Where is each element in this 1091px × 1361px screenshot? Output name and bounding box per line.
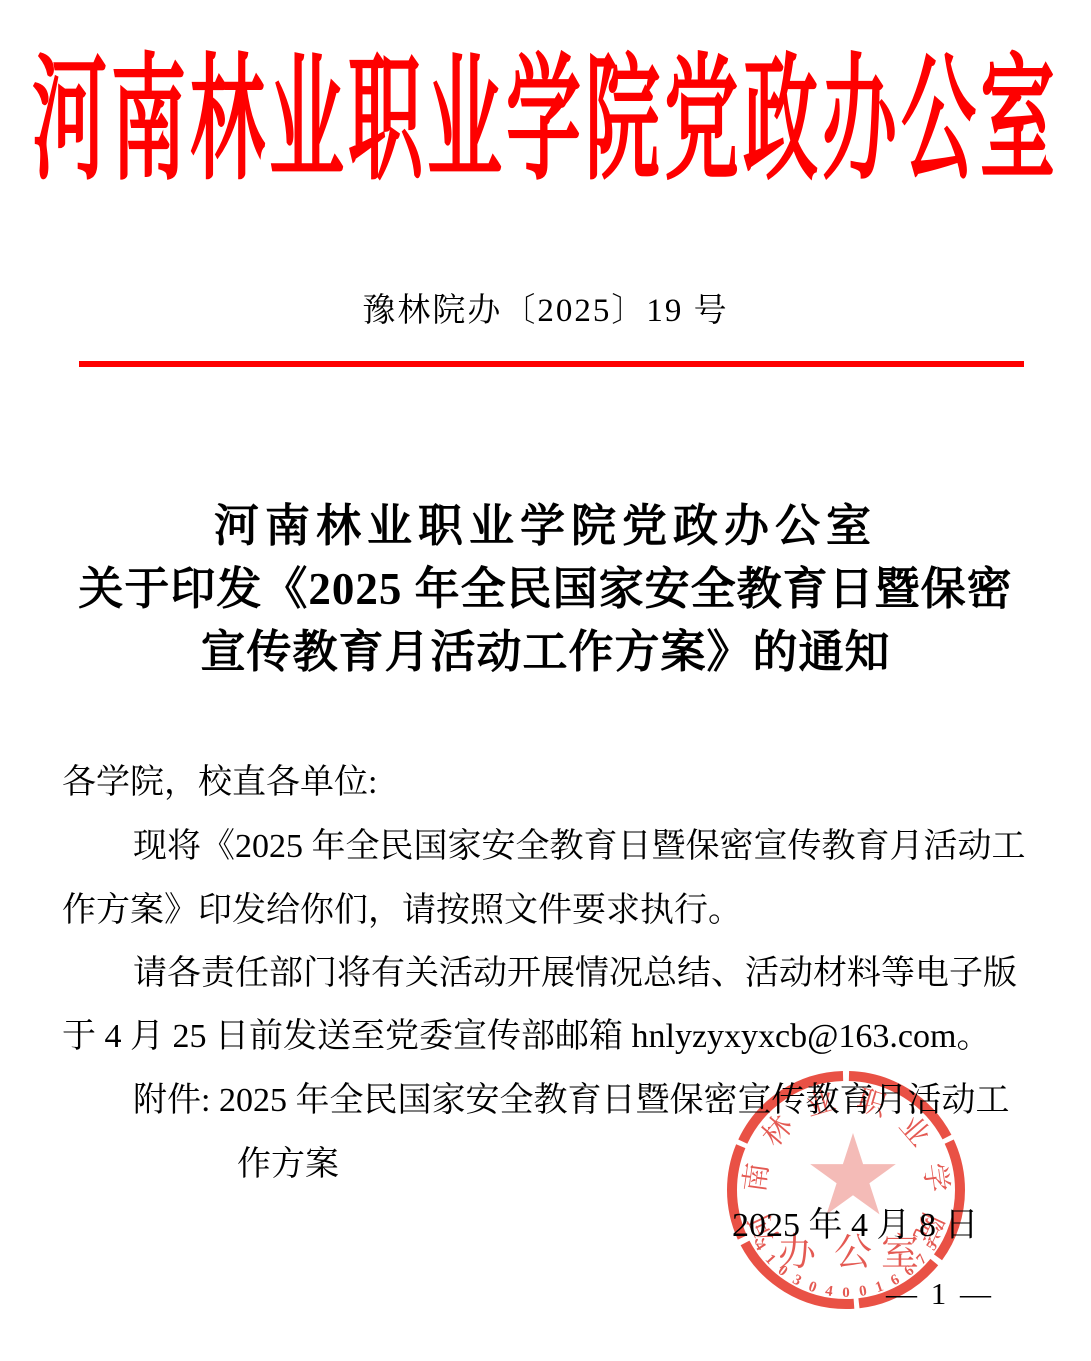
attachment-line-1: 附件: 2025 年全民国家安全教育日暨保密宣传教育月活动工	[133, 1081, 1009, 1122]
paragraph-2-line-2: 于 4 月 25 日前发送至党委宣传部邮箱 hnlyzyxyxcb@163.co…	[62, 1017, 990, 1058]
paragraph-1-line-2: 作方案》印发给你们，请按照文件要求执行。	[62, 891, 742, 932]
seal-serial-digit: 1	[873, 1279, 885, 1297]
seal-arc-char: 学	[917, 1161, 954, 1194]
seal-arc-char: 南	[738, 1161, 775, 1194]
star-icon	[810, 1133, 896, 1214]
seal-serial-digit: 1	[762, 1251, 779, 1267]
red-divider-line	[79, 361, 1024, 367]
document-title: 河南林业职业学院党政办公室 关于印发《2025 年全民国家安全教育日暨保密 宣传…	[0, 495, 1091, 684]
seal-serial-digit: 4	[824, 1283, 835, 1300]
issue-date: 2025 年 4 月 8 日	[732, 1206, 979, 1247]
seal-serial-digit: 0	[775, 1263, 791, 1280]
paragraph-1-line-1: 现将《2025 年全民国家安全教育日暨保密宣传教育月活动工	[133, 827, 1026, 868]
title-line-1: 河南林业职业学院党政办公室	[0, 495, 1091, 558]
document-number: 豫林院办〔2025〕19 号	[0, 284, 1091, 331]
letterhead-org-title: 河南林业职业学院党政办公室	[0, 12, 1091, 207]
paragraph-2-line-1: 请各责任部门将有关活动开展情况总结、活动材料等电子版	[133, 954, 1017, 995]
seal-serial-digit: 0	[842, 1285, 850, 1301]
title-line-3: 宣传教育月活动工作方案》的通知	[0, 621, 1091, 684]
seal-serial-digit: 7	[913, 1251, 930, 1268]
seal-serial-digit: 0	[806, 1279, 818, 1297]
seal-serial-digit: 0	[858, 1283, 868, 1300]
attachment-line-2: 作方案	[237, 1145, 339, 1186]
title-line-2: 关于印发《2025 年全民国家安全教育日暨保密	[0, 558, 1091, 621]
official-document-page: 河南林业职业学院党政办公室 豫林院办〔2025〕19 号 河南林业职业学院党政办…	[0, 0, 1091, 1361]
salutation: 各学院，校直各单位:	[62, 763, 377, 804]
page-number: — 1 —	[886, 1276, 994, 1312]
seal-serial-digit: 3	[790, 1272, 804, 1290]
